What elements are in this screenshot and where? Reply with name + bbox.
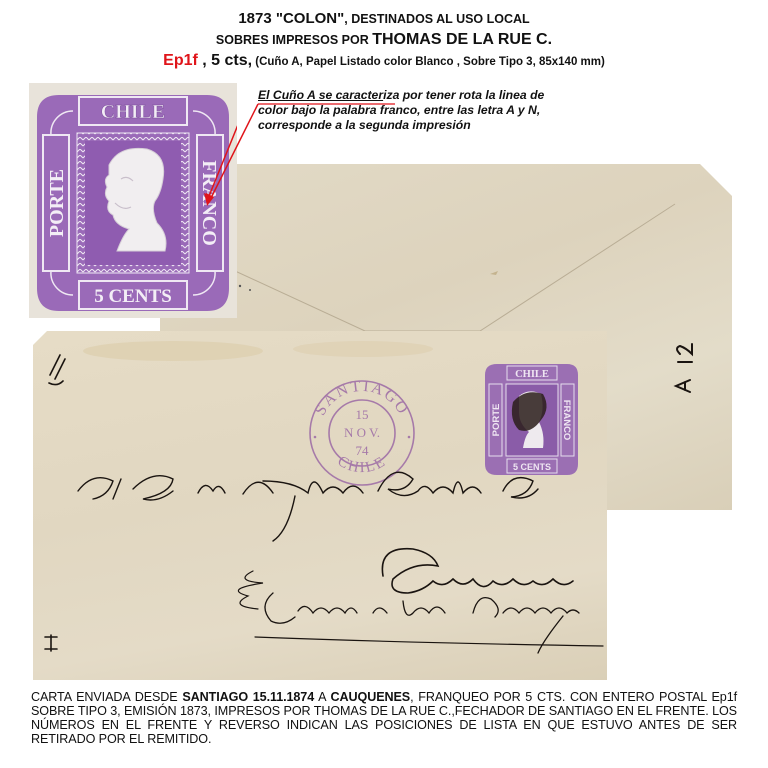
postmark-year: 74 bbox=[356, 443, 370, 458]
front-envelope-image: SANTIAGO CHILE 15 N O V. 74 CHILE 5 CENT… bbox=[33, 331, 607, 680]
description-text-2: A bbox=[314, 690, 330, 704]
front-stamp-right: FRANCO bbox=[561, 400, 572, 441]
front-stamp-top: CHILE bbox=[515, 369, 549, 380]
front-mark-71 bbox=[49, 355, 65, 385]
front-stamp-left: PORTE bbox=[491, 404, 502, 437]
description-text-1: CARTA ENVIADA DESDE bbox=[31, 690, 182, 704]
front-mark-II bbox=[45, 635, 57, 651]
description-destination: CAUQUENES bbox=[331, 690, 411, 704]
annotation-arrow bbox=[0, 0, 768, 320]
back-mark-a12 bbox=[676, 344, 692, 392]
postmark-day: 15 bbox=[356, 407, 369, 422]
front-stamp-bottom: 5 CENTS bbox=[513, 462, 551, 472]
description-origin: SANTIAGO 15.11.1874 bbox=[182, 690, 314, 704]
description-paragraph: CARTA ENVIADA DESDE SANTIAGO 15.11.1874 … bbox=[31, 690, 737, 746]
printed-stamp: CHILE 5 CENTS PORTE FRANCO bbox=[485, 364, 578, 475]
postmark-month: N O V. bbox=[344, 425, 380, 440]
